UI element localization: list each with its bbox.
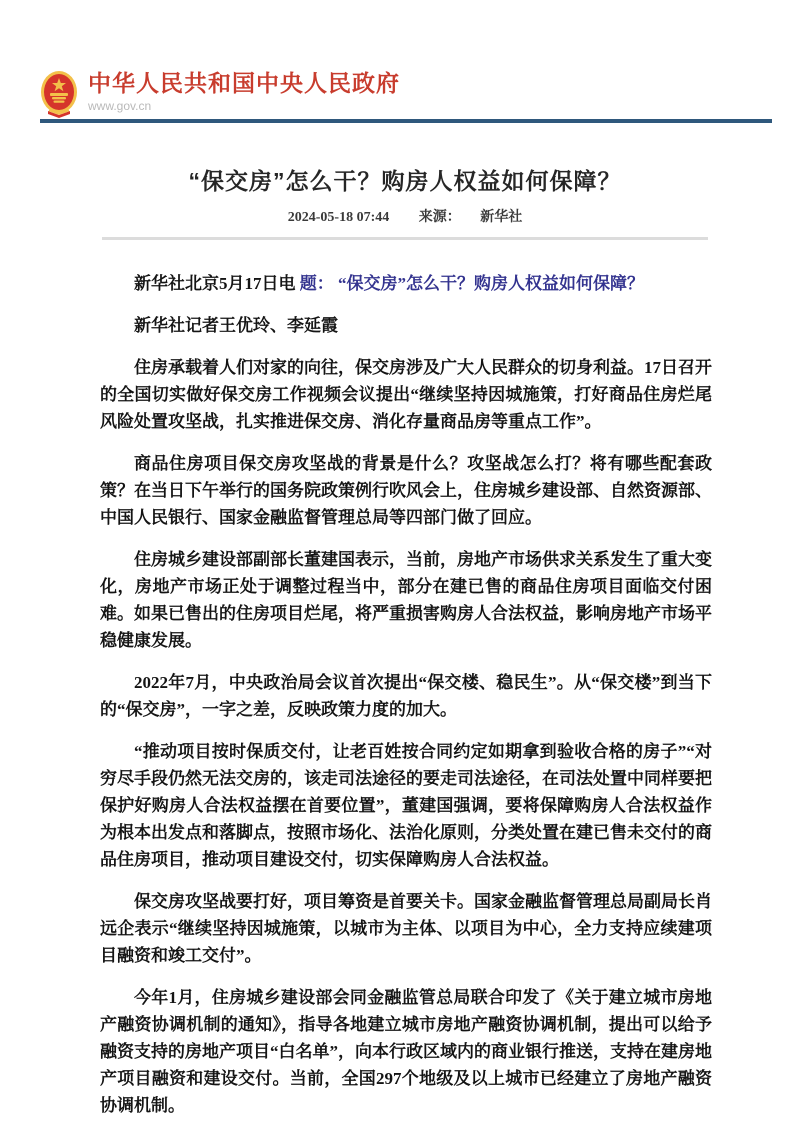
source-name: 新华社 bbox=[480, 210, 522, 225]
article-paragraph: 保交房攻坚战要打好，项目筹资是首要关卡。国家金融监督管理总局副局长肖远企表示“继… bbox=[100, 888, 712, 969]
article-paragraph: 商品住房项目保交房攻坚战的背景是什么？攻坚战怎么打？将有哪些配套政策？在当日下午… bbox=[100, 450, 712, 531]
lead-headline: 题： “保交房”怎么干？购房人权益如何保障？ bbox=[300, 274, 644, 293]
header-divider bbox=[40, 119, 772, 123]
publish-date: 2024-05-18 07:44 bbox=[288, 210, 390, 225]
lead-paragraph: 新华社北京5月17日电 题： “保交房”怎么干？购房人权益如何保障？ bbox=[100, 270, 712, 297]
article-paragraph: “推动项目按时保质交付，让老百姓按合同约定如期拿到验收合格的房子”“对穷尽手段仍… bbox=[100, 738, 712, 873]
national-emblem-icon bbox=[40, 70, 78, 118]
article-meta: 2024-05-18 07:44 来源： 新华社 bbox=[0, 206, 810, 226]
paragraph-list: 住房承载着人们对家的向往，保交房涉及广大人民群众的切身利益。17日召开的全国切实… bbox=[100, 354, 712, 1119]
article-paragraph: 2022年7月，中央政治局会议首次提出“保交楼、稳民生”。从“保交楼”到当下的“… bbox=[100, 669, 712, 723]
byline: 新华社记者王优玲、李延霞 bbox=[100, 312, 712, 339]
source-label: 来源： bbox=[419, 210, 461, 225]
article-body: 新华社北京5月17日电 题： “保交房”怎么干？购房人权益如何保障？ 新华社记者… bbox=[100, 270, 712, 1134]
site-url: www.gov.cn bbox=[88, 99, 400, 113]
article-paragraph: 住房承载着人们对家的向往，保交房涉及广大人民群众的切身利益。17日召开的全国切实… bbox=[100, 354, 712, 435]
site-logo[interactable]: 中华人民共和国中央人民政府 www.gov.cn bbox=[40, 70, 400, 118]
article-paragraph: 今年1月，住房城乡建设部会同金融监管总局联合印发了《关于建立城市房地产融资协调机… bbox=[100, 984, 712, 1119]
site-title: 中华人民共和国中央人民政府 bbox=[88, 70, 400, 96]
meta-divider bbox=[102, 237, 708, 240]
lead-dateline: 新华社北京5月17日电 bbox=[134, 274, 296, 293]
article-paragraph: 住房城乡建设部副部长董建国表示，当前，房地产市场供求关系发生了重大变化，房地产市… bbox=[100, 546, 712, 654]
page-title: “保交房”怎么干？购房人权益如何保障？ bbox=[0, 163, 810, 196]
